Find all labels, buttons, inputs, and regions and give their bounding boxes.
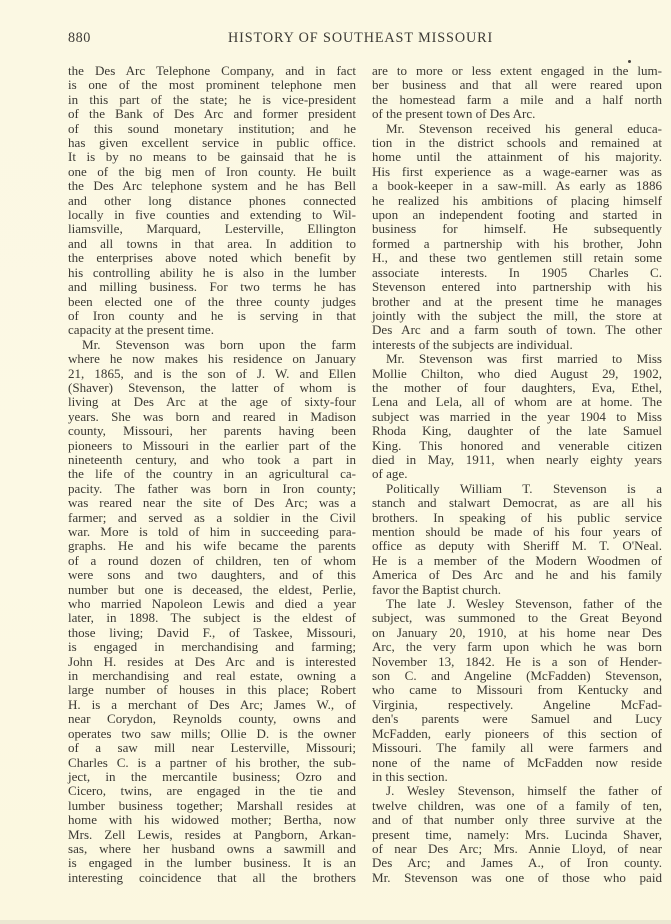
text-line: were sons and two daughters, and of this [68, 568, 356, 582]
text-line: (Shaver) Stevenson, the latter of whom i… [68, 381, 356, 395]
text-column-left: the Des Arc Telephone Company, and in fa… [68, 64, 356, 885]
text-line: Cicero, twins, are engaged in the tie an… [68, 784, 356, 798]
text-line: and all towns in that area. In addition … [68, 237, 356, 251]
text-line: county, Missouri, her parents having bee… [68, 424, 356, 438]
text-line: Mollie Chilton, who died August 29, 1902… [372, 367, 662, 381]
text-line: one of the big men of Iron county. He bu… [68, 165, 356, 179]
running-title: HISTORY OF SOUTHEAST MISSOURI [228, 30, 493, 47]
text-line: John H. resides at Des Arc and is intere… [68, 655, 356, 669]
page-bottom-edge [0, 920, 671, 924]
text-line: the Des Arc Telephone Company, and in fa… [68, 64, 356, 78]
text-line: The late J. Wesley Stevenson, father of … [372, 597, 662, 611]
text-line: a book-keeper in a saw-mill. As early as… [372, 179, 662, 193]
text-line: locally in five counties and extending t… [68, 208, 356, 222]
text-line: pioneers to Missouri in the earlier part… [68, 439, 356, 453]
text-line: of this sound monetary institution; and … [68, 122, 356, 136]
text-line: Mr. Stevenson was first married to Miss [372, 352, 662, 366]
text-line: J. Wesley Stevenson, himself the father … [372, 784, 662, 798]
text-line: favor the Baptist church. [372, 583, 662, 597]
text-line: in this part of the state; he is vice-pr… [68, 93, 356, 107]
text-line: near Corydon, Reynolds county, owns and [68, 712, 356, 726]
text-line: tion in the district schools and remaine… [372, 136, 662, 150]
text-line: business for himself. He subsequently [372, 222, 662, 236]
text-line: large number of houses in this place; Ro… [68, 683, 356, 697]
text-line: Virginia, respectively. Angeline McFad- [372, 698, 662, 712]
text-line: later, in 1898. The subject is the eldes… [68, 611, 356, 625]
text-line: his controlling ability he is also in th… [68, 266, 356, 280]
text-line: and milling business. For two terms he h… [68, 280, 356, 294]
text-line: present time, namely: Mrs. Lucinda Shave… [372, 828, 662, 842]
text-line: none of the name of McFadden now reside [372, 756, 662, 770]
text-line: interests of the subjects are individual… [372, 338, 662, 352]
text-line: 21, 1865, and is the son of J. W. and El… [68, 367, 356, 381]
text-line: he realized his ambitions of placing him… [372, 194, 662, 208]
text-line: son C. and Angeline (McFadden) Stevenson… [372, 669, 662, 683]
text-line: twelve children, was one of a family of … [372, 799, 662, 813]
text-line: Arc, the very farm upon which he was bor… [372, 640, 662, 654]
text-line: ject, in the mercantile business; Ozro a… [68, 770, 356, 784]
text-line: died in May, 1911, when nearly eighty ye… [372, 453, 662, 467]
text-line: where he now makes his residence on Janu… [68, 352, 356, 366]
text-line: war. More is told of him in succeeding p… [68, 525, 356, 539]
text-line: the mother of four daughters, Eva, Ethel… [372, 381, 662, 395]
text-line: America of Des Arc and he and his family [372, 568, 662, 582]
text-line: of a round dozen of children, ten of who… [68, 554, 356, 568]
text-line: home with his widowed mother; Bertha, no… [68, 813, 356, 827]
text-line: Politically William T. Stevenson is a [372, 482, 662, 496]
text-line: is one of the most prominent telephone m… [68, 78, 356, 92]
text-line: It is by no means to be gainsaid that he… [68, 150, 356, 164]
text-line: H., and these two gentlemen still retain… [372, 251, 662, 265]
page-number: 880 [68, 30, 91, 47]
text-line: associate interests. In 1905 Charles C. [372, 266, 662, 280]
text-line: is engaged in the lumber business. It is… [68, 856, 356, 870]
text-line: has given excellent service in public of… [68, 136, 356, 150]
text-line: brother and at the present time he manag… [372, 295, 662, 309]
text-line: jointly with the subject the mill, the s… [372, 309, 662, 323]
text-line: of age. [372, 467, 662, 481]
text-line: den's parents were Samuel and Lucy [372, 712, 662, 726]
text-line: pacity. The father was born in Iron coun… [68, 482, 356, 496]
text-line: the homestead farm a mile and a half nor… [372, 93, 662, 107]
text-line: office as deputy with Sheriff M. T. O'Ne… [372, 539, 662, 553]
text-line: who came to Missouri from Kentucky and [372, 683, 662, 697]
text-line: of Iron county and he is serving in that [68, 309, 356, 323]
text-line: Missouri. The family all were farmers an… [372, 741, 662, 755]
text-line: Stevenson entered into partnership with … [372, 280, 662, 294]
text-line: Des Arc and a farm south of town. The ot… [372, 323, 662, 337]
text-line: lumber business together; Marshall resid… [68, 799, 356, 813]
text-line: capacity at the present time. [68, 323, 356, 337]
text-line: of near Des Arc; Mrs. Annie Lloyd, of ne… [372, 842, 662, 856]
text-line: been elected one of the three county jud… [68, 295, 356, 309]
book-page: 880 HISTORY OF SOUTHEAST MISSOURI the De… [0, 0, 671, 924]
text-line: of the Bank of Des Arc and former presid… [68, 107, 356, 121]
text-line: graphs. He and his wife became the paren… [68, 539, 356, 553]
text-line: and other long distance phones connected [68, 194, 356, 208]
text-column-right: are to more or less extent engaged in th… [372, 64, 662, 885]
text-line: subject, was summoned to the Great Beyon… [372, 611, 662, 625]
text-line: who married Napoleon Lewis and died a ye… [68, 597, 356, 611]
text-line: sas, where her husband owns a sawmill an… [68, 842, 356, 856]
text-line: brothers. In speaking of his public serv… [372, 511, 662, 525]
text-line: liamsville, Marquard, Lesterville, Ellin… [68, 222, 356, 236]
text-line: home until the attainment of his majorit… [372, 150, 662, 164]
text-line: mention should be made of his four years… [372, 525, 662, 539]
text-line: McFadden, early pioneers of this section… [372, 727, 662, 741]
text-line: the Des Arc telephone system and he has … [68, 179, 356, 193]
text-line: Lena and Lela, all of whom are at home. … [372, 395, 662, 409]
page-header: 880 HISTORY OF SOUTHEAST MISSOURI [68, 30, 624, 50]
text-line: those living; David F., of Taskee, Misso… [68, 626, 356, 640]
text-line: Mr. Stevenson was born upon the farm [68, 338, 356, 352]
text-line: He is a member of the Modern Woodmen of [372, 554, 662, 568]
text-line: the life of the country in an agricultur… [68, 467, 356, 481]
text-line: Mrs. Zell Lewis, resides at Pangborn, Ar… [68, 828, 356, 842]
text-line: years. She was born and reared in Madiso… [68, 410, 356, 424]
text-line: Mr. Stevenson was one of those who paid [372, 871, 662, 885]
text-line: Rhoda King, daughter of the late Samuel [372, 424, 662, 438]
text-line: was reared near the site of Des Arc; was… [68, 496, 356, 510]
text-line: nineteenth century, and who took a part … [68, 453, 356, 467]
text-line: in merchandising and real estate, owning… [68, 669, 356, 683]
text-line: Charles C. is a partner of his brother, … [68, 756, 356, 770]
text-line: of the present town of Des Arc. [372, 107, 662, 121]
text-line: November 13, 1842. He is a son of Hender… [372, 655, 662, 669]
text-line: Des Arc; and James A., of Iron county. [372, 856, 662, 870]
text-line: operates two saw mills; Ollie D. is the … [68, 727, 356, 741]
text-line: His first experience as a wage-earner wa… [372, 165, 662, 179]
text-line: interesting coincidence that all the bro… [68, 871, 356, 885]
text-line: and of that number only three survive at… [372, 813, 662, 827]
text-line: subject was married in the year 1904 to … [372, 410, 662, 424]
text-line: is engaged in merchandising and farming; [68, 640, 356, 654]
text-line: farmer; and served as a soldier in the C… [68, 511, 356, 525]
text-line: number but one is deceased, the eldest, … [68, 583, 356, 597]
text-line: are to more or less extent engaged in th… [372, 64, 662, 78]
text-line: Mr. Stevenson received his general educa… [372, 122, 662, 136]
text-line: living at Des Arc at the age of sixty-fo… [68, 395, 356, 409]
text-line: H. is a merchant of Des Arc; James W., o… [68, 698, 356, 712]
text-line: the enterprises above noted which benefi… [68, 251, 356, 265]
text-line: stanch and stalwart Democrat, as are all… [372, 496, 662, 510]
text-line: on January 20, 1910, at his home near De… [372, 626, 662, 640]
text-line: formed a partnership with his brother, J… [372, 237, 662, 251]
text-line: King. This honored and venerable citizen [372, 439, 662, 453]
text-line: ber business and that all were reared up… [372, 78, 662, 92]
text-line: upon an independent footing and started … [372, 208, 662, 222]
text-line: of a saw mill near Lesterville, Missouri… [68, 741, 356, 755]
text-line: in this section. [372, 770, 662, 784]
